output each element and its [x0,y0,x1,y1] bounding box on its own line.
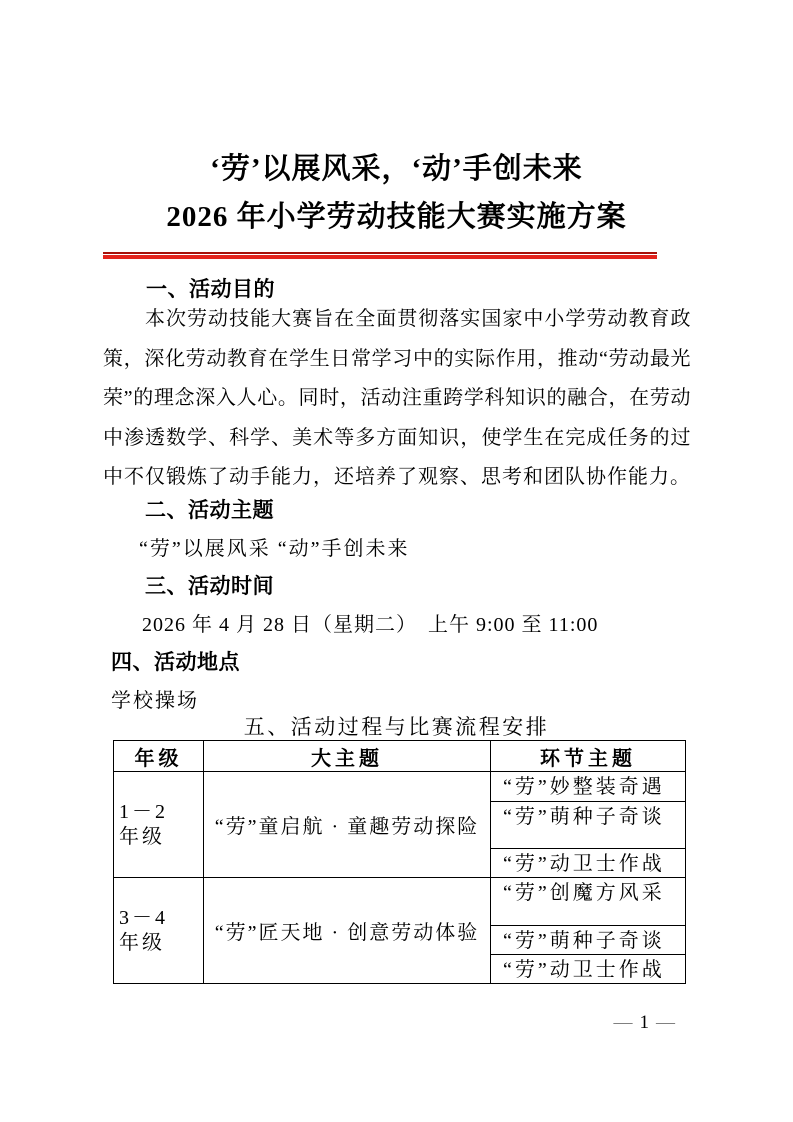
sub-theme-cell: “劳”动卫士作战 [491,849,686,878]
page-number: —1— [614,1012,676,1034]
section-1-paragraph: 本次劳动技能大赛旨在全面贯彻落实国家中小学劳动教育政 策，深化劳动教育在学生日常… [103,300,691,498]
page-number-right-dash: — [656,1012,675,1033]
section-4-body: 学校操场 [111,684,199,713]
theme-cell-2: “劳”匠天地 · 创意劳动体验 [204,878,491,984]
document-title-line1: ‘劳’以展风采，‘动’手创未来 [0,146,793,187]
paragraph-line-5: 中不仅锻炼了动手能力，还培养了观察、思考和团队协作能力。 [103,458,691,498]
sub-theme-cell: “劳”创魔方风采 [491,878,686,926]
schedule-table: 年级 大主题 环节主题 1－2 年级 “劳”童启航 · 童趣劳动探险 “劳”妙整… [113,740,686,984]
page-number-left-dash: — [614,1012,633,1033]
paragraph-line-1: 本次劳动技能大赛旨在全面贯彻落实国家中小学劳动教育政 [103,300,691,340]
sub-theme-cell: “劳”萌种子奇谈 [491,926,686,955]
header-stage-theme: 环节主题 [491,741,686,772]
section-3-heading: 三、活动时间 [145,570,274,600]
table-row: 3－4 年级 “劳”匠天地 · 创意劳动体验 “劳”创魔方风采 [114,878,686,926]
title-divider-rule [103,252,657,259]
section-3-body: 2026 年 4 月 28 日（星期二） 上午 9:00 至 11:00 [142,608,598,637]
page-number-value: 1 [640,1012,650,1033]
section-5-heading: 五、活动过程与比赛流程安排 [0,711,793,741]
theme-cell-1: “劳”童启航 · 童趣劳动探险 [204,772,491,878]
paragraph-line-4: 中渗透数学、科学、美术等多方面知识，使学生在完成任务的过程 [103,419,691,459]
header-grade: 年级 [114,741,204,772]
sub-theme-cell: “劳”萌种子奇谈 [491,802,686,849]
document-title-line2: 2026 年小学劳动技能大赛实施方案 [0,194,793,235]
section-1-heading: 一、活动目的 [146,273,275,303]
divider-thick-line [103,255,657,259]
paragraph-line-2: 策，深化劳动教育在学生日常学习中的实际作用，推动“劳动最光 [103,340,691,380]
section-2-body: “劳”以展风采 “动”手创未来 [139,532,410,561]
section-4-heading: 四、活动地点 [111,646,240,676]
document-page: ‘劳’以展风采，‘动’手创未来 2026 年小学劳动技能大赛实施方案 一、活动目… [0,0,793,1122]
table-header-row: 年级 大主题 环节主题 [114,741,686,772]
sub-theme-cell: “劳”动卫士作战 [491,955,686,984]
sub-theme-cell: “劳”妙整装奇遇 [491,772,686,802]
header-main-theme: 大主题 [204,741,491,772]
grade-cell-2: 3－4 年级 [114,878,204,984]
grade-cell-1: 1－2 年级 [114,772,204,878]
paragraph-line-3: 荣”的理念深入人心。同时，活动注重跨学科知识的融合，在劳动 [103,379,691,419]
section-2-heading: 二、活动主题 [145,494,274,524]
table-row: 1－2 年级 “劳”童启航 · 童趣劳动探险 “劳”妙整装奇遇 [114,772,686,802]
